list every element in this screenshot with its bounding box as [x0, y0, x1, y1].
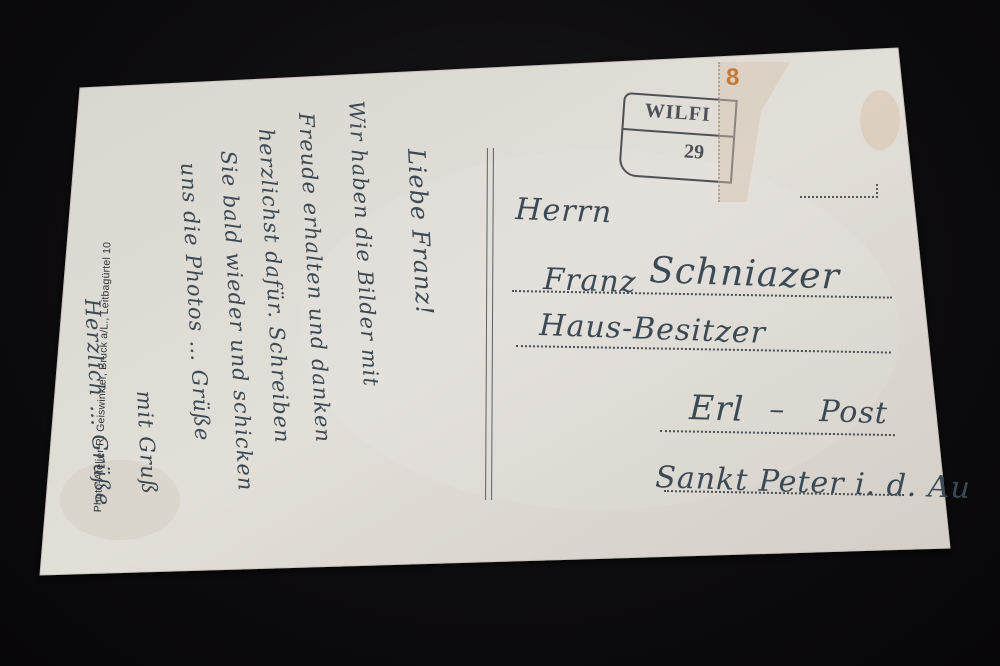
- address-title: Herrn: [515, 192, 613, 230]
- address-dash: –: [769, 392, 786, 428]
- address-last-name: Schniazer: [649, 250, 841, 298]
- stamp-placement-box: [800, 184, 878, 198]
- postmark-divider: [623, 128, 733, 138]
- postcard: [0, 0, 1000, 666]
- address-first-name: Franz: [543, 262, 637, 300]
- postmark-day: 29: [683, 140, 705, 164]
- address-place: Erl: [689, 388, 745, 430]
- stamp-value-digit: 8: [726, 64, 739, 92]
- address-post-label: Post: [819, 394, 889, 431]
- postmark-town: WILFI: [644, 100, 712, 128]
